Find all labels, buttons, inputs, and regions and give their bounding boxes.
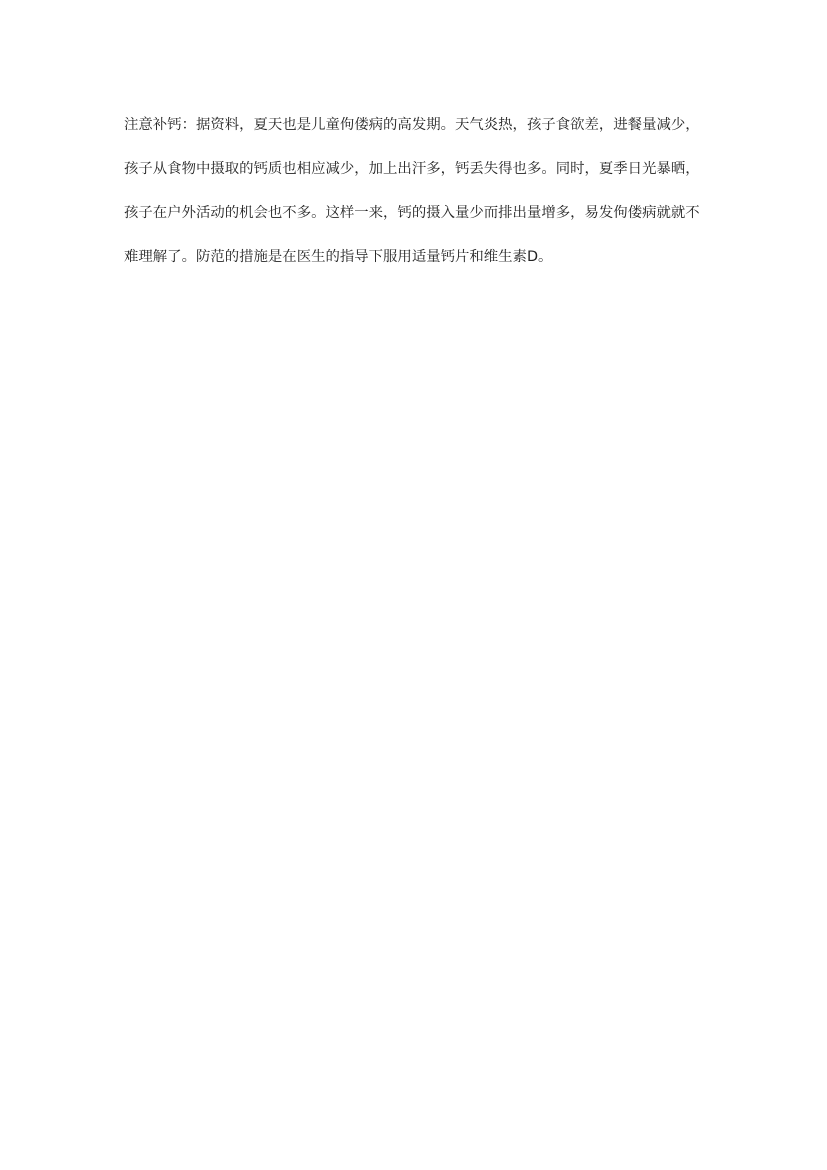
paragraph-line-1: 注意补钙：据资料，夏天也是儿童佝偻病的高发期。天气炎热，孩子食欲差，进餐量减少，	[124, 112, 724, 156]
article-paragraph: 注意补钙：据资料，夏天也是儿童佝偻病的高发期。天气炎热，孩子食欲差，进餐量减少，…	[124, 112, 724, 288]
paragraph-line-3: 孩子在户外活动的机会也不多。这样一来，钙的摄入量少而排出量增多，易发佝偻病就就不	[124, 200, 724, 244]
document-page: 注意补钙：据资料，夏天也是儿童佝偻病的高发期。天气炎热，孩子食欲差，进餐量减少，…	[0, 0, 827, 1170]
paragraph-line-4: 难理解了。防范的措施是在医生的指导下服用适量钙片和维生素D。	[124, 244, 724, 288]
paragraph-line-2: 孩子从食物中摄取的钙质也相应减少，加上出汗多，钙丢失得也多。同时，夏季日光暴晒，	[124, 156, 724, 200]
